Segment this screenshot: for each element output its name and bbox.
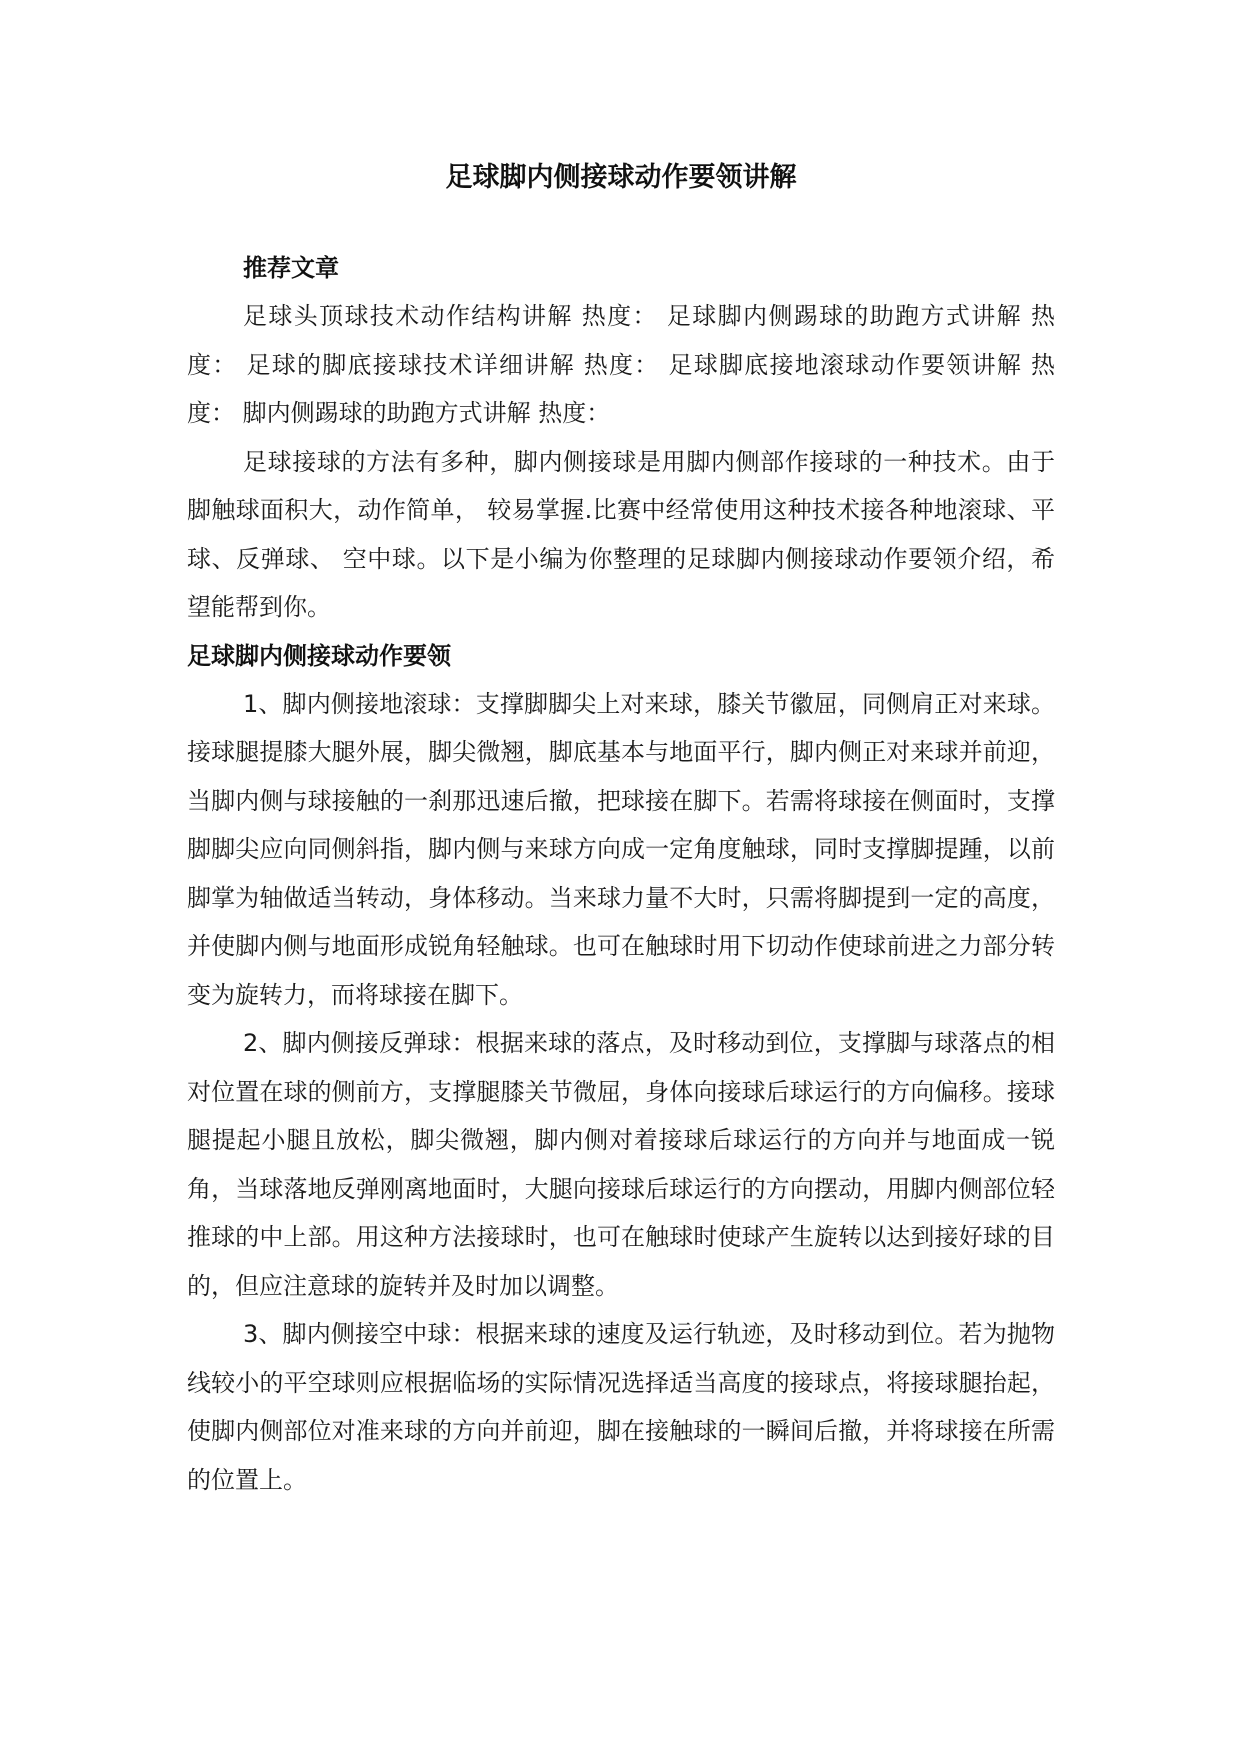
document-title: 足球脚内侧接球动作要领讲解 [187,158,1055,198]
intro-paragraph: 足球接球的方法有多种，脚内侧接球是用脚内侧部作接球的一种技术。由于脚触球面积大，… [187,438,1055,632]
recommended-article[interactable]: 足球头顶球技术动作结构讲解 热度： [243,302,658,330]
recommended-heading: 推荐文章 [187,244,1055,292]
heat-label: 热度： [584,351,660,379]
section-heading: 足球脚内侧接球动作要领 [187,632,1055,680]
heat-label: 热度： [582,302,658,330]
document-page: 足球脚内侧接球动作要领讲解 推荐文章 足球头顶球技术动作结构讲解 热度： 足球脚… [187,158,1055,1504]
technique-paragraph-3: 3、脚内侧接空中球：根据来球的速度及运行轨迹，及时移动到位。若为抛物线较小的平空… [187,1310,1055,1504]
recommended-article[interactable]: 脚内侧踢球的助跑方式讲解 热度： [243,399,611,427]
recommended-article-link[interactable]: 足球头顶球技术动作结构讲解 [243,302,573,330]
technique-paragraph-2: 2、脚内侧接反弹球：根据来球的落点，及时移动到位，支撑脚与球落点的相对位置在球的… [187,1019,1055,1310]
recommended-article-link[interactable]: 脚内侧踢球的助跑方式讲解 [243,399,531,427]
recommended-article-link[interactable]: 足球的脚底接球技术详细讲解 [246,351,574,379]
recommended-article-link[interactable]: 足球脚内侧踢球的助跑方式讲解 [667,302,1022,330]
heat-label: 热度： [538,399,610,427]
recommended-article-link[interactable]: 足球脚底接地滚球动作要领讲解 [668,351,1022,379]
recommended-article[interactable]: 足球的脚底接球技术详细讲解 热度： [246,351,659,379]
recommended-articles-list: 足球头顶球技术动作结构讲解 热度： 足球脚内侧踢球的助跑方式讲解 热度： 足球的… [187,292,1055,438]
technique-paragraph-1: 1、脚内侧接地滚球：支撑脚脚尖上对来球，膝关节徽屈，同侧肩正对来球。接球腿提膝大… [187,680,1055,1020]
